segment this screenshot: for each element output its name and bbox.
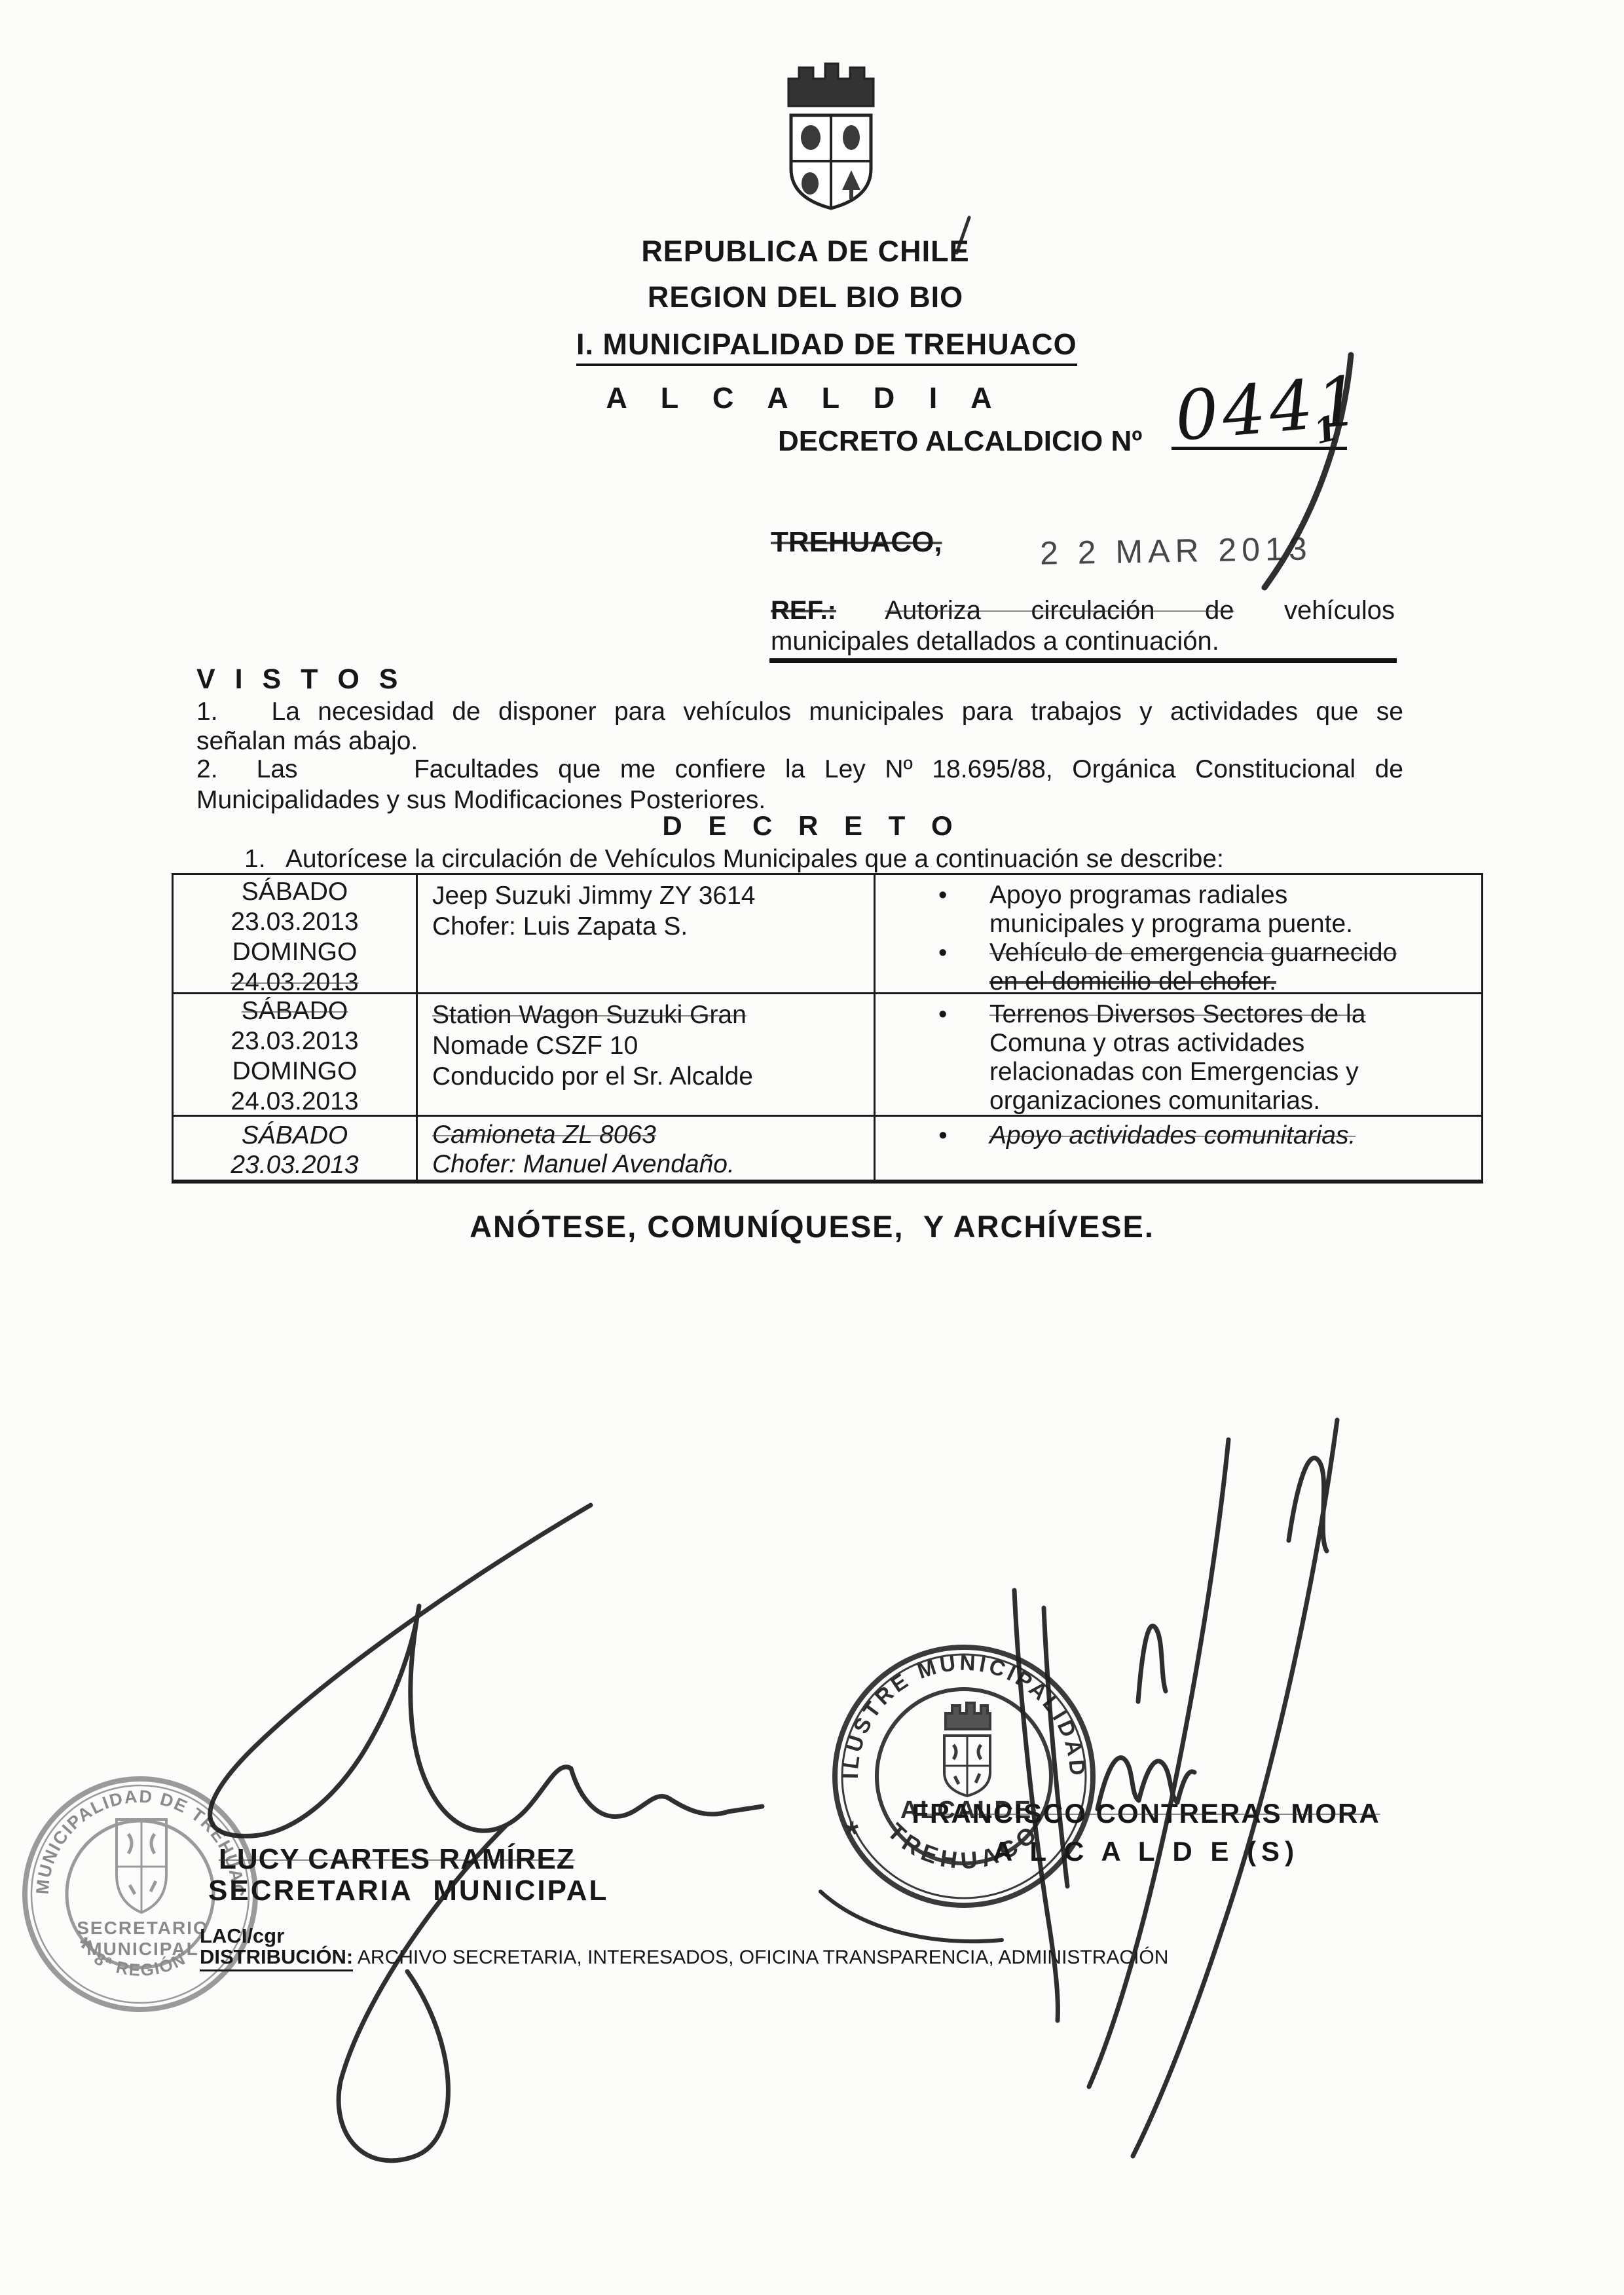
municipal-coat-of-arms-icon bbox=[788, 64, 874, 208]
table-row1-activities: • Apoyo programas radiales municipales y… bbox=[876, 875, 1481, 994]
stamp-right-crown-icon bbox=[946, 1703, 990, 1729]
distribution-label: DISTRIBUCIÓN: bbox=[200, 1945, 353, 1971]
r3-bullet1: • Apoyo actividades comunitarias. bbox=[876, 1121, 1481, 1150]
stamp-right-star: * bbox=[845, 1814, 858, 1854]
r3-date-line: 23.03.2013 bbox=[174, 1150, 416, 1180]
r2-activity-line: Comuna y otras actividades bbox=[989, 1029, 1481, 1058]
ref-label: REF.: bbox=[771, 596, 836, 625]
header-region-line: REGION DEL BIO BIO bbox=[576, 280, 1035, 314]
vistos-title: V I S T O S bbox=[196, 663, 403, 696]
stamp-left-star: * bbox=[80, 1931, 93, 1965]
decree-number-suffix-handwritten: 1 bbox=[1310, 408, 1342, 453]
signature-right-stroke bbox=[1133, 1420, 1337, 2156]
date-stamp: 2 2 MAR 2013 bbox=[1040, 529, 1313, 572]
footer-initials: LACI/cgr bbox=[200, 1924, 284, 1948]
decree-number-label: DECRETO ALCALDICIO Nº bbox=[778, 425, 1142, 458]
r3-activity-line: Apoyo actividades comunitarias. bbox=[989, 1121, 1481, 1150]
r1-date-line: 24.03.2013 bbox=[174, 967, 416, 994]
signature-right-name: FRANCISCO CONTRERAS MORA bbox=[887, 1798, 1405, 1829]
header-municipality-text: I. MUNICIPALIDAD DE TREHUACO bbox=[576, 327, 1077, 366]
distribution-text: ARCHIVO SECRETARIA, INTERESADOS, OFICINA… bbox=[353, 1947, 1168, 1968]
header-alcaldia-line: A L C A L D I A bbox=[576, 381, 1035, 415]
r3-vehicle-line: Camioneta ZL 8063 bbox=[432, 1120, 864, 1149]
r2-date-line: SÁBADO bbox=[174, 996, 416, 1026]
signature-left-stroke bbox=[210, 1505, 762, 1836]
r2-date-line: 23.03.2013 bbox=[174, 1026, 416, 1056]
r1-activity-line: en el domicilio del chofer. bbox=[989, 967, 1481, 994]
stamp-left-inner-line1: SECRETARIO bbox=[77, 1918, 209, 1938]
ref-text-struck: Autoriza circulación de bbox=[885, 596, 1234, 625]
r3-date-line: SÁBADO bbox=[174, 1121, 416, 1150]
bullet-dot-icon: • bbox=[938, 881, 989, 910]
ref-line2: municipales detallados a continuación. bbox=[771, 627, 1219, 656]
r1-activity-line: Vehículo de emergencia guarnecido bbox=[989, 939, 1481, 967]
r2-activity-line: relacionadas con Emergencias y bbox=[989, 1058, 1481, 1087]
r2-date-line: DOMINGO bbox=[174, 1056, 416, 1087]
decreto-intro: 1. Autorícese la circulación de Vehículo… bbox=[244, 845, 1224, 874]
decree-number-underline bbox=[1172, 447, 1347, 450]
stamp-right-shield-icon bbox=[944, 1736, 990, 1796]
header-municipality-line: I. MUNICIPALIDAD DE TREHUACO bbox=[576, 327, 1035, 362]
vistos-item1-line2: señalan más abajo. bbox=[196, 726, 1403, 756]
signature-right-stroke bbox=[821, 1892, 1002, 1941]
decree-number-handwritten: 0441 bbox=[1172, 360, 1367, 457]
table-row2-dates: SÁBADO 23.03.2013 DOMINGO 24.03.2013 bbox=[174, 994, 418, 1117]
r1-activity-line: Apoyo programas radiales bbox=[989, 881, 1481, 910]
bullet-dot-icon: • bbox=[938, 1121, 989, 1150]
r2-vehicle-line: Conducido por el Sr. Alcalde bbox=[432, 1061, 864, 1092]
bullet-dot-icon: • bbox=[938, 1000, 989, 1029]
vistos-item2-line1: 2. Las Facultades que me confiere la Ley… bbox=[196, 755, 1403, 784]
closing-formula: ANÓTESE, COMUNÍQUESE, Y ARCHÍVESE. bbox=[0, 1208, 1624, 1244]
r2-vehicle-line: Nomade CSZF 10 bbox=[432, 1030, 864, 1061]
svg-text:ILUSTRE MUNICIPALIDAD: ILUSTRE MUNICIPALIDAD bbox=[838, 1651, 1090, 1780]
signature-right-stroke bbox=[1138, 1626, 1166, 1702]
r1-activity-line: municipales y programa puente. bbox=[989, 910, 1481, 939]
r2-vehicle-line: Station Wagon Suzuki Gran bbox=[432, 999, 864, 1030]
decree-place: TREHUACO, bbox=[771, 526, 942, 559]
stamp-left-shield-icon bbox=[117, 1819, 166, 1912]
r2-bullet1: • Terrenos Diversos Sectores de la Comun… bbox=[876, 1000, 1481, 1115]
footer-distribution: DISTRIBUCIÓN: ARCHIVO SECRETARIA, INTERE… bbox=[200, 1945, 1168, 1969]
ref-underline bbox=[769, 658, 1397, 663]
ref-text-tail: vehículos bbox=[1284, 596, 1395, 625]
table-row3-activities: • Apoyo actividades comunitarias. bbox=[876, 1117, 1481, 1180]
header-republic-line: REPUBLICA DE CHILE bbox=[576, 234, 1035, 269]
signature-right-stroke bbox=[1289, 1458, 1327, 1551]
stamp-left-arc-bottom: 8ª REGIÓN bbox=[91, 1949, 189, 1980]
table-row3-vehicle: Camioneta ZL 8063 Chofer: Manuel Avendañ… bbox=[418, 1117, 876, 1180]
vistos-item1-line1: 1. La necesidad de disponer para vehícul… bbox=[196, 697, 1403, 726]
r1-date-line: SÁBADO bbox=[174, 877, 416, 907]
r1-date-line: DOMINGO bbox=[174, 937, 416, 967]
r1-bullet2: • Vehículo de emergencia guarnecido en e… bbox=[876, 939, 1481, 994]
stamp-right-arc-top: ILUSTRE MUNICIPALIDAD bbox=[838, 1651, 1090, 1780]
svg-text:8ª REGIÓN: 8ª REGIÓN bbox=[91, 1949, 189, 1980]
table-row1-vehicle: Jeep Suzuki Jimmy ZY 3614 Chofer: Luis Z… bbox=[418, 875, 876, 994]
stamp-left-inner-line2: MUNICIPAL bbox=[86, 1939, 198, 1959]
r1-date-line: 23.03.2013 bbox=[174, 907, 416, 937]
ref-line1: REF.: Autoriza circulación de vehículos bbox=[771, 595, 1395, 626]
r2-activity-line: organizaciones comunitarias. bbox=[989, 1087, 1481, 1115]
table-row1-dates: SÁBADO 23.03.2013 DOMINGO 24.03.2013 bbox=[174, 875, 418, 994]
r1-vehicle-line: Jeep Suzuki Jimmy ZY 3614 bbox=[432, 880, 864, 911]
signature-right-stroke bbox=[1089, 1440, 1228, 2087]
r1-vehicle-line: Chofer: Luis Zapata S. bbox=[432, 911, 864, 942]
bullet-dot-icon: • bbox=[938, 939, 989, 967]
table-row2-activities: • Terrenos Diversos Sectores de la Comun… bbox=[876, 994, 1481, 1117]
signature-right-title: A L C A L D E (S) bbox=[887, 1836, 1405, 1867]
table-row2-vehicle: Station Wagon Suzuki Gran Nomade CSZF 10… bbox=[418, 994, 876, 1117]
r2-date-line: 24.03.2013 bbox=[174, 1087, 416, 1117]
decreto-title: D E C R E T O bbox=[0, 810, 1624, 842]
decree-document-page: I. MUNICIPALIDAD DE TREHUACO SECRETARIO … bbox=[0, 0, 1624, 2295]
r3-vehicle-line: Chofer: Manuel Avendaño. bbox=[432, 1149, 864, 1179]
signature-left-name: LUCY CARTES RAMÍREZ bbox=[219, 1843, 575, 1876]
vehicles-table: SÁBADO 23.03.2013 DOMINGO 24.03.2013 Jee… bbox=[172, 873, 1483, 1184]
signature-left-title: SECRETARIA MUNICIPAL bbox=[208, 1875, 608, 1907]
r2-activity-line: Terrenos Diversos Sectores de la bbox=[989, 1000, 1481, 1029]
r1-bullet1: • Apoyo programas radiales municipales y… bbox=[876, 881, 1481, 939]
table-row3-dates: SÁBADO 23.03.2013 bbox=[174, 1117, 418, 1180]
